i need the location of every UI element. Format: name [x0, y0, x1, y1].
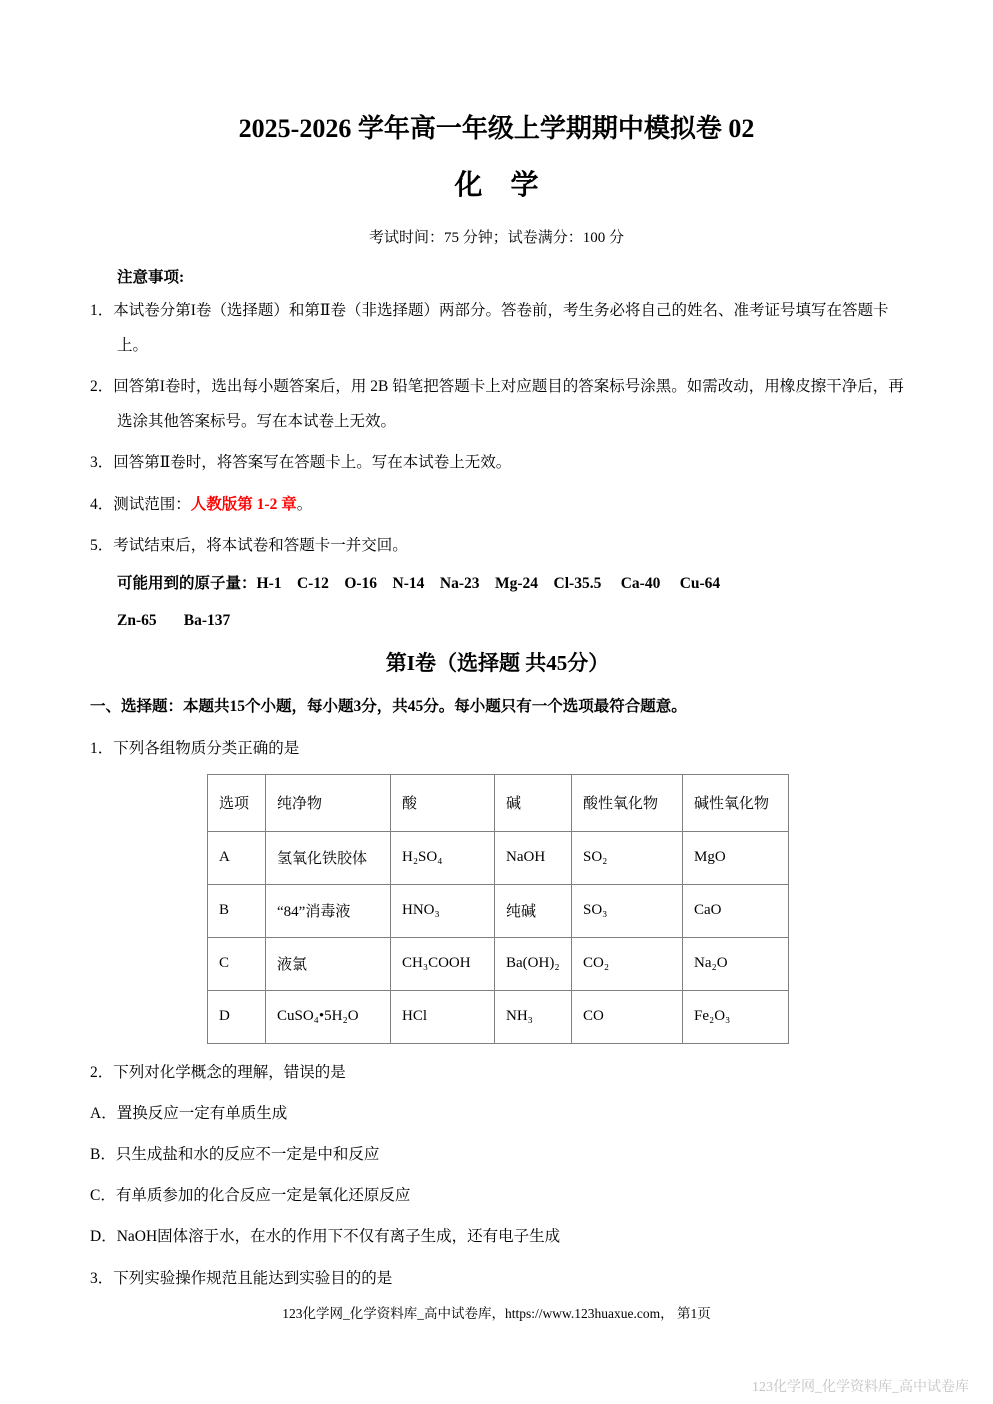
- page-title: 2025-2026 学年高一年级上学期期中模拟卷 02: [0, 0, 993, 146]
- question-1: 1．下列各组物质分类正确的是: [90, 736, 905, 762]
- notice-item-number: 3．: [90, 454, 113, 471]
- question-2-option-c: C．有单质参加的化合反应一定是氧化还原反应: [90, 1183, 905, 1209]
- exam-paper-page: 2025-2026 学年高一年级上学期期中模拟卷 02 化 学 考试时间：75 …: [0, 0, 993, 1404]
- table-cell: NaOH: [495, 831, 572, 884]
- table-header-cell: 酸性氧化物: [572, 774, 683, 831]
- atomic-masses-line-1: 可能用到的原子量：H-1 C-12 O-16 N-14 Na-23 Mg-24 …: [117, 566, 905, 601]
- notice-item-text: 。: [297, 496, 313, 513]
- notice-item-text: 回答第Ⅱ卷时，将答案写在答题卡上。写在本试卷上无效。: [113, 454, 511, 471]
- site-watermark: 123化学网_化学资料库_高中试卷库: [752, 1376, 969, 1396]
- table-cell: D: [208, 990, 266, 1043]
- table-header-cell: 碱: [495, 774, 572, 831]
- table-cell: Na₂O: [683, 937, 789, 990]
- notice-item-text: 本试卷分第I卷（选择题）和第Ⅱ卷（非选择题）两部分。答卷前，考生务必将自己的姓名…: [113, 302, 888, 354]
- table-cell: 氢氧化铁胶体: [266, 831, 391, 884]
- notice-item-4: 4．测试范围：人教版第 1-2 章。: [90, 488, 905, 523]
- notice-item-3: 3．回答第Ⅱ卷时，将答案写在答题卡上。写在本试卷上无效。: [90, 446, 905, 481]
- question-2-option-a: A．置换反应一定有单质生成: [90, 1101, 905, 1127]
- notice-item-text: 测试范围：: [113, 496, 191, 513]
- exam-info: 考试时间：75 分钟；试卷满分：100 分: [0, 226, 993, 247]
- notice-item-number: 4．: [90, 496, 113, 513]
- notice-item-number: 1．: [90, 302, 113, 319]
- table-cell: C: [208, 937, 266, 990]
- table-cell: CO: [572, 990, 683, 1043]
- table-cell: NH₃: [495, 990, 572, 1043]
- table-cell: Ba(OH)₂: [495, 937, 572, 990]
- notice-item-number: 5．: [90, 537, 113, 554]
- table-header-cell: 碱性氧化物: [683, 774, 789, 831]
- table-header-cell: 纯净物: [266, 774, 391, 831]
- notice-heading: 注意事项:: [117, 265, 905, 287]
- question-2-option-d: D．NaOH固体溶于水，在水的作用下不仅有离子生成，还有电子生成: [90, 1224, 905, 1250]
- table-cell: “84”消毒液: [266, 884, 391, 937]
- question-2: 2．下列对化学概念的理解，错误的是: [90, 1060, 905, 1086]
- table-header-cell: 选项: [208, 774, 266, 831]
- table-cell: CaO: [683, 884, 789, 937]
- table-cell: 纯碱: [495, 884, 572, 937]
- atomic-masses-values: H-1 C-12 O-16 N-14 Na-23 Mg-24 Cl-35.5 C…: [257, 575, 721, 592]
- table-cell: Fe₂O₃: [683, 990, 789, 1043]
- page-content: 注意事项: 1．本试卷分第I卷（选择题）和第Ⅱ卷（非选择题）两部分。答卷前，考生…: [90, 265, 905, 1292]
- notice-item-number: 2．: [90, 378, 113, 395]
- question-3: 3．下列实验操作规范且能达到实验目的的是: [90, 1266, 905, 1292]
- table-cell: CuSO₄•5H₂O: [266, 990, 391, 1043]
- notice-item-1: 1．本试卷分第I卷（选择题）和第Ⅱ卷（非选择题）两部分。答卷前，考生务必将自己的…: [90, 294, 905, 363]
- notice-item-text: 回答第I卷时，选出每小题答案后，用 2B 铅笔把答题卡上对应题目的答案标号涂黑。…: [113, 378, 904, 430]
- table-cell: HCl: [391, 990, 495, 1043]
- table-cell: HNO₃: [391, 884, 495, 937]
- table-cell: CH₃COOH: [391, 937, 495, 990]
- table-row-c: C 液氯 CH₃COOH Ba(OH)₂ CO₂ Na₂O: [208, 937, 789, 990]
- table-header-cell: 酸: [391, 774, 495, 831]
- question-2-option-b: B．只生成盐和水的反应不一定是中和反应: [90, 1142, 905, 1168]
- table-cell: A: [208, 831, 266, 884]
- atomic-masses-line-2: Zn-65 Ba-137: [117, 603, 905, 638]
- atomic-masses-label: 可能用到的原子量：: [117, 575, 257, 592]
- test-scope-highlight: 人教版第 1-2 章: [191, 496, 297, 513]
- subject-title: 化 学: [0, 168, 993, 204]
- table-cell: SO₂: [572, 831, 683, 884]
- table-row-d: D CuSO₄•5H₂O HCl NH₃ CO Fe₂O₃: [208, 990, 789, 1043]
- table-row-a: A 氢氧化铁胶体 H₂SO₄ NaOH SO₂ MgO: [208, 831, 789, 884]
- table-cell: CO₂: [572, 937, 683, 990]
- notice-item-text: 考试结束后，将本试卷和答题卡一并交回。: [113, 537, 408, 554]
- classification-table: 选项 纯净物 酸 碱 酸性氧化物 碱性氧化物 A 氢氧化铁胶体 H₂SO₄ Na…: [207, 774, 789, 1044]
- notice-item-5: 5．考试结束后，将本试卷和答题卡一并交回。: [90, 529, 905, 564]
- table-cell: MgO: [683, 831, 789, 884]
- table-header-row: 选项 纯净物 酸 碱 酸性氧化物 碱性氧化物: [208, 774, 789, 831]
- table-cell: B: [208, 884, 266, 937]
- footer-credit: 123化学网_化学资料库_高中试卷库，https://www.123huaxue…: [0, 1302, 993, 1322]
- section-1-intro: 一、选择题：本题共15个小题，每小题3分，共45分。每小题只有一个选项最符合题意…: [90, 694, 905, 720]
- table-cell: H₂SO₄: [391, 831, 495, 884]
- table-row-b: B “84”消毒液 HNO₃ 纯碱 SO₃ CaO: [208, 884, 789, 937]
- table-cell: SO₃: [572, 884, 683, 937]
- notice-item-2: 2．回答第I卷时，选出每小题答案后，用 2B 铅笔把答题卡上对应题目的答案标号涂…: [90, 370, 905, 439]
- table-cell: 液氯: [266, 937, 391, 990]
- section-1-heading: 第I卷（选择题 共45分）: [90, 648, 905, 678]
